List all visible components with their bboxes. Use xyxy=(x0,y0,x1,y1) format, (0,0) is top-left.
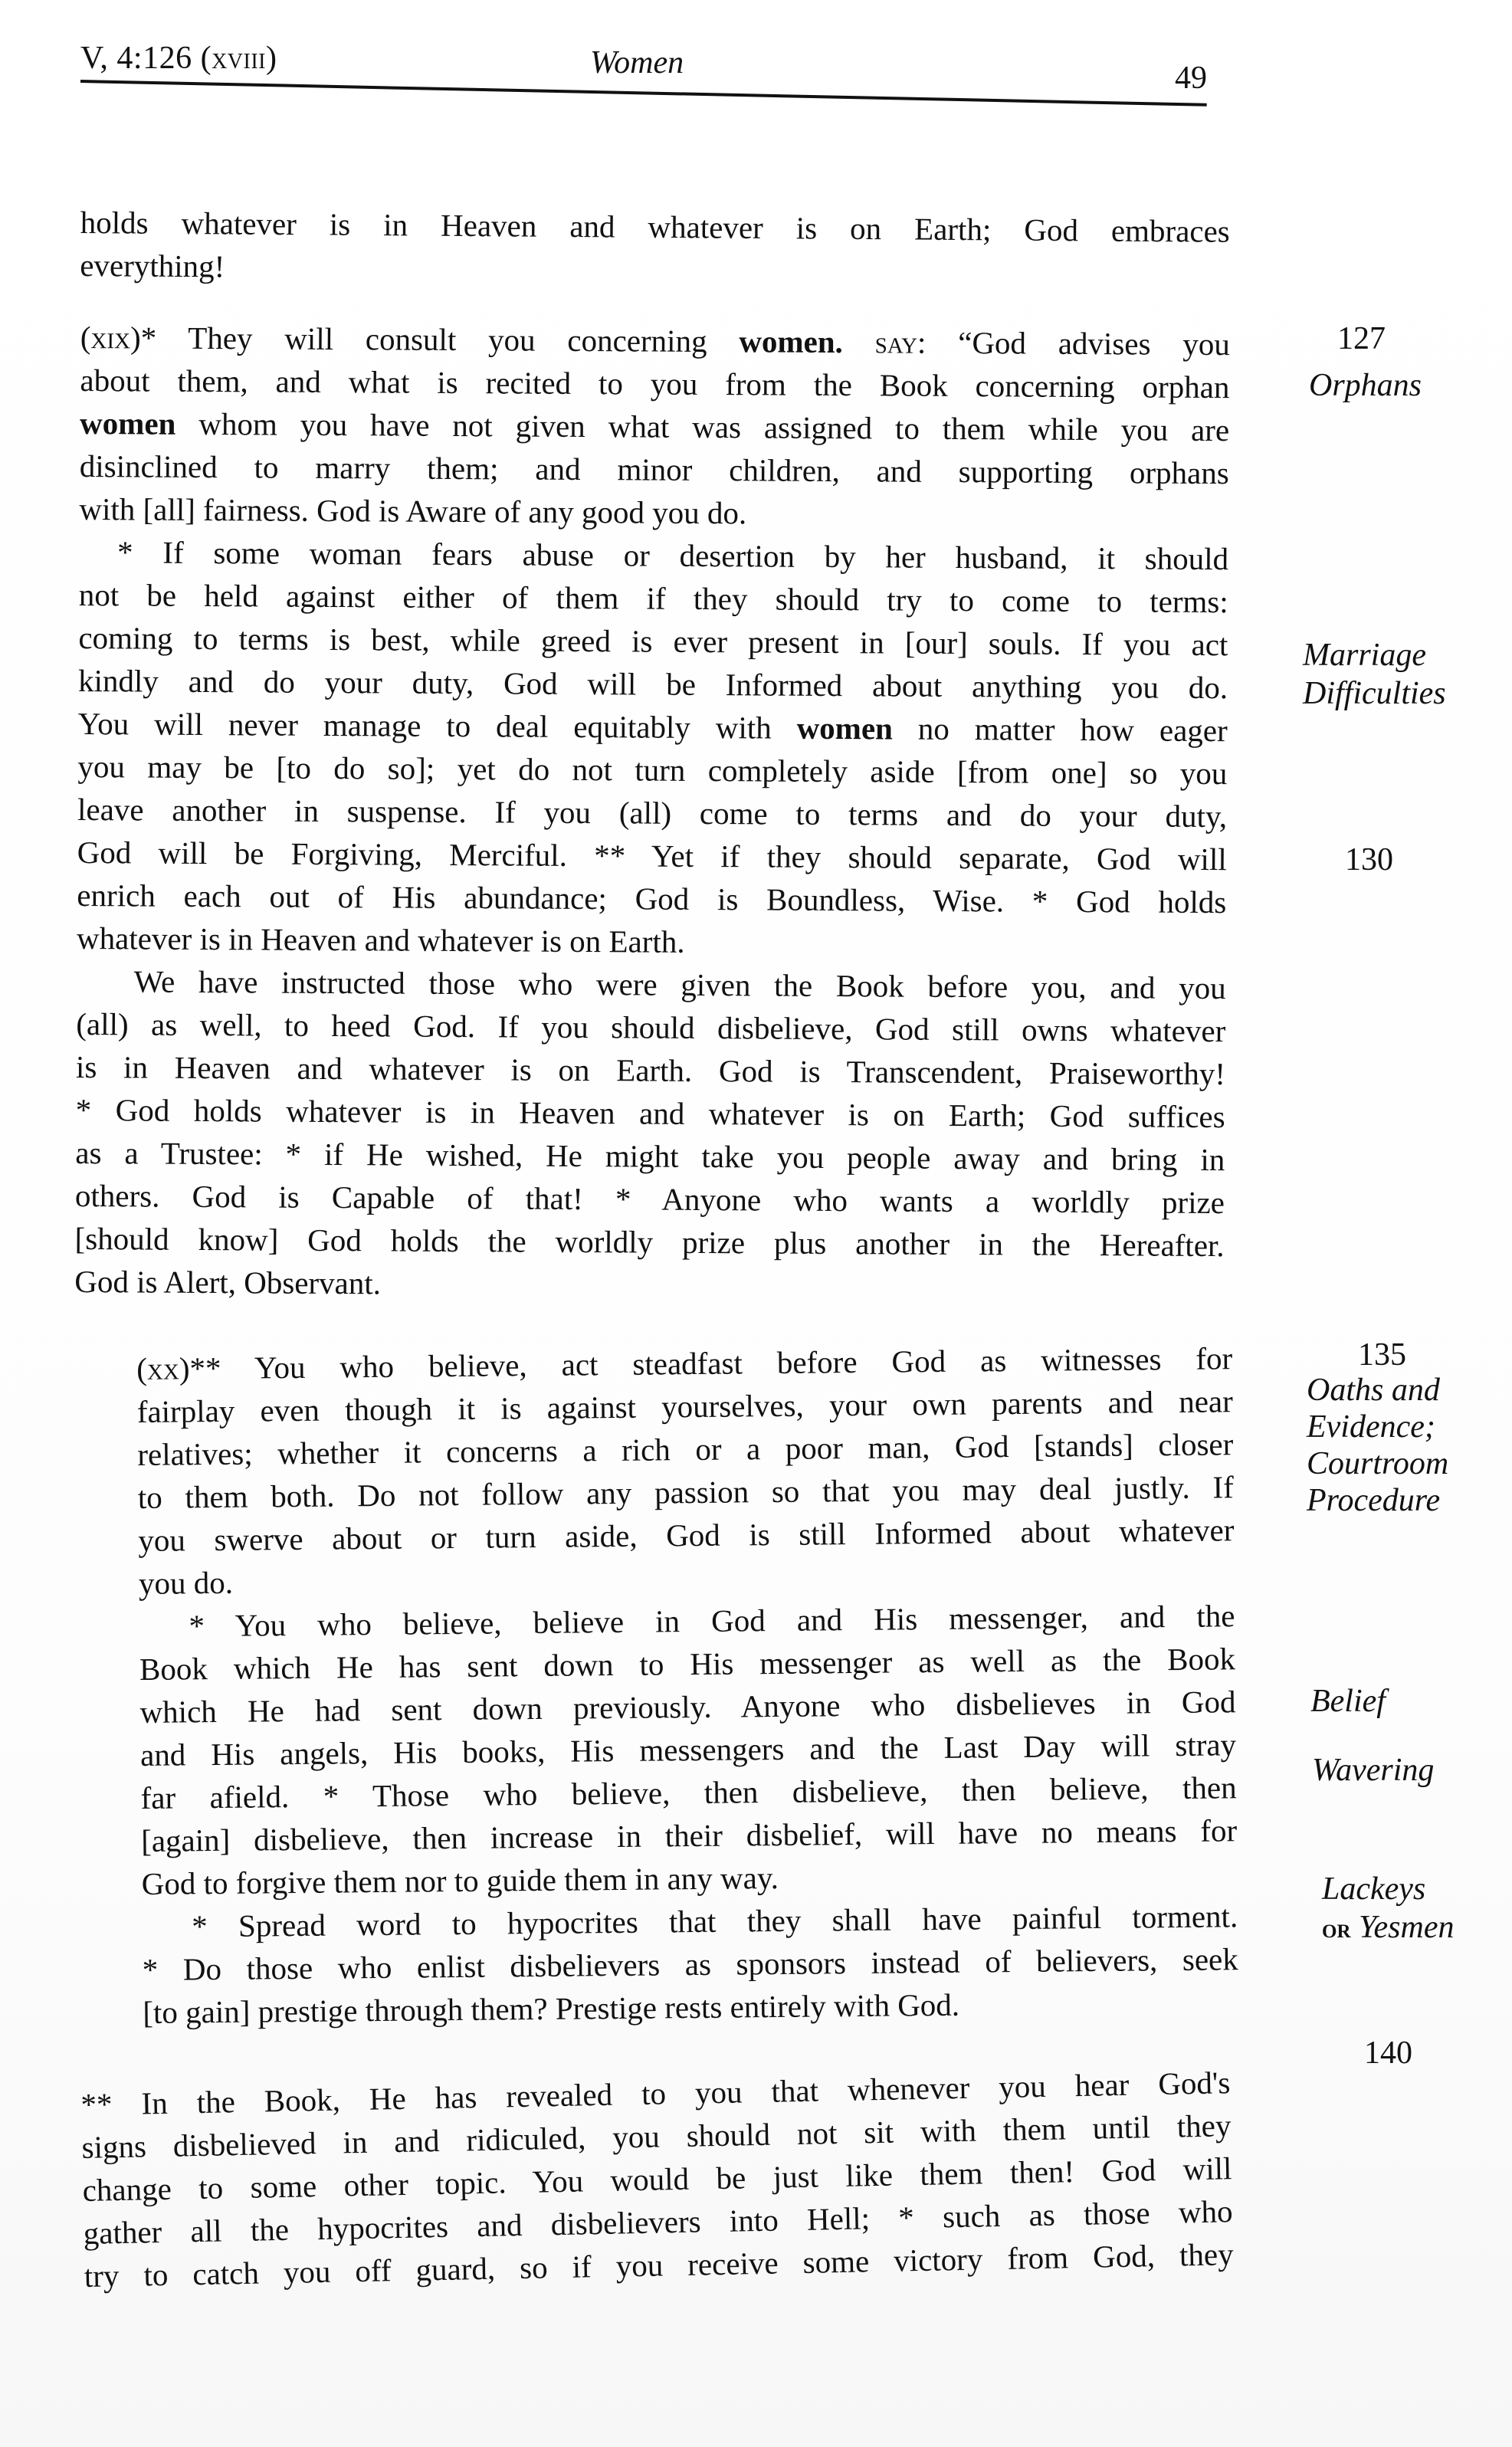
text-line: (all) as well, to heed God. If you shoul… xyxy=(76,1002,1225,1052)
text-line: enrich each out of His abundance; God is… xyxy=(77,874,1226,923)
text-line: kindly and do your duty, God will be Inf… xyxy=(78,659,1228,709)
text: no matter how eager xyxy=(893,710,1228,748)
section-number: xix xyxy=(90,320,130,355)
text-line: You will never manage to deal equitably … xyxy=(78,702,1228,752)
header-title: Women xyxy=(590,44,684,81)
header-reference-suffix: ) xyxy=(266,41,277,76)
margin-note-wavering: Wavering xyxy=(1312,1751,1512,1789)
text-line: not be held against either of them if th… xyxy=(79,573,1228,623)
say-smallcaps: say xyxy=(875,324,918,359)
margin-note-text: Oaths and xyxy=(1307,1372,1512,1409)
page-number: 49 xyxy=(1175,60,1207,97)
running-header: V, 4:126 (xviii) Women 49 xyxy=(80,40,1207,109)
text-line: disinclined to marry them; and minor chi… xyxy=(80,444,1229,494)
margin-note-text: Lackeys xyxy=(1322,1870,1512,1908)
margin-note-or: or xyxy=(1322,1913,1351,1943)
margin-note-marriage-difficulties: Marriage Difficulties xyxy=(1303,636,1512,713)
margin-note-lackeys-yesmen: Lackeys or Yesmen xyxy=(1322,1870,1512,1947)
header-reference-section: xviii xyxy=(212,41,266,75)
margin-verse-140: 140 xyxy=(1364,2035,1412,2071)
text-line: others. God is Capable of that! * Anyone… xyxy=(75,1174,1225,1224)
margin-note-text: Wavering xyxy=(1312,1753,1434,1788)
text: ( xyxy=(136,1351,147,1386)
text-line: with [all] fairness. God is Aware of any… xyxy=(79,487,1228,537)
section-number: xx xyxy=(147,1350,179,1386)
margin-note-text: Marriage xyxy=(1303,636,1512,674)
text-line: * If some woman fears abuse or desertion… xyxy=(79,530,1228,580)
margin-note-line: or Yesmen xyxy=(1322,1908,1512,1947)
text-line: women whom you have not given what was a… xyxy=(80,402,1229,451)
margin-verse-130: 130 xyxy=(1345,841,1393,878)
text-line: holds whatever is in Heaven and whatever… xyxy=(80,201,1230,253)
margin-note-oaths-evidence: Oaths and Evidence; Courtroom Procedure xyxy=(1307,1372,1512,1519)
text: whom you have not given what was assigne… xyxy=(175,406,1229,448)
text-line: as a Trustee: * if He wished, He might t… xyxy=(75,1131,1225,1181)
margin-note-belief: Belief xyxy=(1310,1682,1512,1720)
margin-verse-127: 127 xyxy=(1337,320,1386,357)
intro-paragraph: holds whatever is in Heaven and whatever… xyxy=(80,201,1230,296)
text-line: coming to terms is best, while greed is … xyxy=(78,616,1228,666)
keyword-women: women xyxy=(80,405,176,441)
book-page: V, 4:126 (xviii) Women 49 holds whatever… xyxy=(0,0,1512,2447)
text-line: about them, and what is recited to you f… xyxy=(80,359,1229,408)
margin-note-text: Orphans xyxy=(1309,368,1422,403)
margin-note-text: Yesmen xyxy=(1359,1910,1454,1945)
header-reference: V, 4:126 (xviii) xyxy=(80,40,277,77)
margin-note-text: Evidence; xyxy=(1307,1409,1512,1445)
text xyxy=(843,324,875,359)
text: : “God advises you xyxy=(917,325,1230,362)
margin-note-text: Difficulties xyxy=(1303,674,1512,713)
text: ( xyxy=(80,320,91,355)
text-line: whatever is in Heaven and whatever is on… xyxy=(77,917,1226,966)
text-line: leave another in suspense. If you (all) … xyxy=(77,788,1227,838)
keyword-women: women. xyxy=(739,323,843,359)
text-line: everything! xyxy=(80,244,1229,296)
text-line: [should know] God holds the worldly priz… xyxy=(74,1217,1224,1267)
text: You will never manage to deal equitably … xyxy=(78,706,797,746)
margin-verse-135: 135 xyxy=(1358,1337,1406,1373)
margin-note-text: Belief xyxy=(1310,1684,1386,1719)
text-line: you may be [to do so]; yet do not turn c… xyxy=(77,745,1227,795)
text-line: * God holds whatever is in Heaven and wh… xyxy=(76,1088,1225,1138)
header-reference-prefix: V, 4:126 ( xyxy=(80,41,212,76)
text-line: God will be Forgiving, Merciful. ** Yet … xyxy=(77,831,1227,881)
text-line: is in Heaven and whatever is on Earth. G… xyxy=(76,1045,1225,1095)
text: )* They will consult you concerning xyxy=(130,320,740,359)
margin-note-text: Procedure xyxy=(1307,1482,1512,1519)
section-xix: (xix)* They will consult you concerning … xyxy=(74,316,1230,1310)
text-line: God is Alert, Observant. xyxy=(74,1260,1224,1310)
margin-note-orphans: Orphans xyxy=(1309,366,1512,405)
section-xix-opening-line: (xix)* They will consult you concerning … xyxy=(80,316,1230,366)
final-paragraph: ** In the Book, He has revealed to you t… xyxy=(80,2061,1234,2298)
section-xx: (xx)** You who believe, act steadfast be… xyxy=(136,1337,1239,2034)
margin-note-text: Courtroom xyxy=(1307,1445,1512,1482)
keyword-women: women xyxy=(797,710,894,746)
text-line: We have instructed those who were given … xyxy=(77,959,1226,1009)
text: )** You who believe, act steadfast befor… xyxy=(179,1340,1233,1386)
